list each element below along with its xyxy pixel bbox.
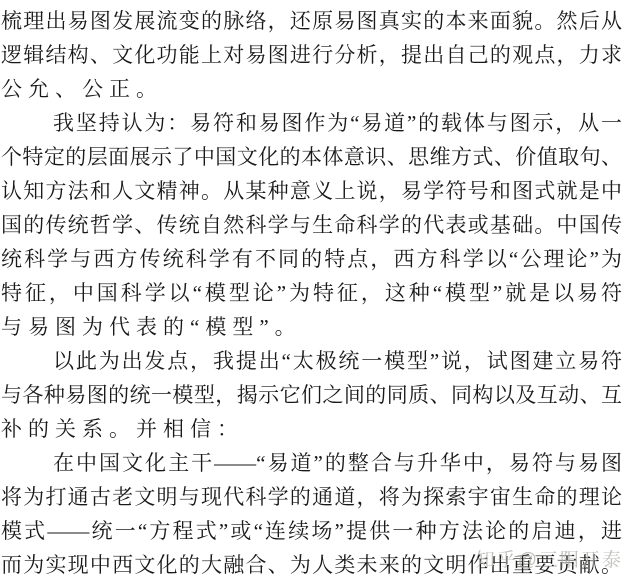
text-line: 统科学与西方传统科学有不同的特点，西方科学以“公理论”为 [1, 242, 622, 276]
text-line: 与易图为代表的“模型”。 [1, 310, 622, 344]
text-line: 补的关系。并相信： [1, 412, 622, 446]
text-line: 认知方法和人文精神。从某种意义上说，易学符号和图式就是中 [1, 174, 622, 208]
text-line: 而为实现中西文化的大融合、为人类未来的文明作出重要贡献。 [1, 548, 622, 582]
text-line: 公允、公正。 [1, 72, 622, 106]
text-line: 模式——统一“方程式”或“连续场”提供一种方法论的启迪，进 [1, 514, 622, 548]
text-line: 逻辑结构、文化功能上对易图进行分析，提出自己的观点，力求 [1, 38, 622, 72]
text-line: 以此为出发点，我提出“太极统一模型”说，试图建立易符 [1, 344, 622, 378]
text-line: 个特定的层面展示了中国文化的本体意识、思维方式、价值取句、 [1, 140, 622, 174]
text-line: 在中国文化主干——“易道”的整合与升华中，易符与易图 [1, 446, 622, 480]
text-line: 将为打通古老文明与现代科学的通道，将为探索宇宙生命的理论 [1, 480, 622, 514]
text-line: 特征，中国科学以“模型论”为特征，这种“模型”就是以易符 [1, 276, 622, 310]
text-line: 我坚持认为：易符和易图作为“易道”的载体与图示，从一 [1, 106, 622, 140]
text-line: 梳理出易图发展流变的脉络，还原易图真实的本来面貌。然后从 [1, 4, 622, 38]
text-line: 国的传统哲学、传统自然科学与生命科学的代表或基础。中国传 [1, 208, 622, 242]
book-page: 梳理出易图发展流变的脉络，还原易图真实的本来面貌。然后从 逻辑结构、文化功能上对… [0, 0, 623, 586]
text-line: 与各种易图的统一模型，揭示它们之间的同质、同构以及互动、互 [1, 378, 622, 412]
